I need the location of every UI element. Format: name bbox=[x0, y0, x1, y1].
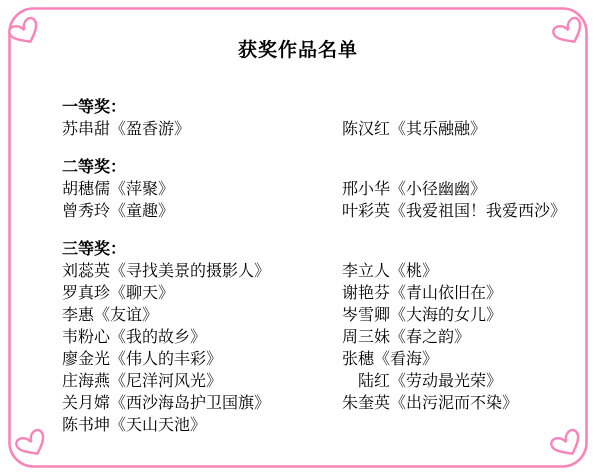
section-label: 三等奖： bbox=[62, 238, 570, 260]
winner-entry: 张穗《看海》 bbox=[342, 348, 570, 370]
winner-entry: 陈汉红《其乐融融》 bbox=[342, 118, 570, 140]
award-row: 陈书坤《天山天池》 bbox=[62, 414, 570, 436]
section-first-prize: 一等奖： 苏串甜《盈香游》 陈汉红《其乐融融》 bbox=[62, 96, 570, 140]
award-row: 韦粉心《我的故乡》 周三妹《春之韵》 bbox=[62, 326, 570, 348]
winner-entry: 朱奎英《出污泥而不染》 bbox=[342, 392, 570, 414]
winner-entry: 谢艳芬《青山依旧在》 bbox=[342, 282, 570, 304]
winner-entry: 胡穗儒《萍聚》 bbox=[62, 178, 342, 200]
winner-entry: 罗真珍《聊天》 bbox=[62, 282, 342, 304]
winner-entry: 岑雪卿《大海的女儿》 bbox=[342, 304, 570, 326]
section-second-prize: 二等奖： 胡穗儒《萍聚》 邢小华《小径幽幽》 曾秀玲《童趣》 叶彩英《我爱祖国！… bbox=[62, 156, 570, 222]
winner-entry bbox=[342, 414, 570, 436]
winner-entry: 李惠《友谊》 bbox=[62, 304, 342, 326]
award-row: 廖金光《伟人的丰彩》 张穗《看海》 bbox=[62, 348, 570, 370]
award-list: 一等奖： 苏串甜《盈香游》 陈汉红《其乐融融》 二等奖： 胡穗儒《萍聚》 邢小华… bbox=[62, 96, 570, 452]
winner-entry: 韦粉心《我的故乡》 bbox=[62, 326, 342, 348]
award-row: 关月嫦《西沙海岛护卫国旗》 朱奎英《出污泥而不染》 bbox=[62, 392, 570, 414]
award-row: 罗真珍《聊天》 谢艳芬《青山依旧在》 bbox=[62, 282, 570, 304]
award-row: 苏串甜《盈香游》 陈汉红《其乐融融》 bbox=[62, 118, 570, 140]
winner-entry: 关月嫦《西沙海岛护卫国旗》 bbox=[62, 392, 342, 414]
winner-entry: 曾秀玲《童趣》 bbox=[62, 200, 342, 222]
heart-icon bbox=[14, 428, 49, 460]
winner-entry: 苏串甜《盈香游》 bbox=[62, 118, 342, 140]
winner-entry: 刘蕊英《寻找美景的摄影人》 bbox=[62, 260, 342, 282]
winner-entry: 陆红《劳动最光荣》 bbox=[342, 370, 570, 392]
award-row: 李惠《友谊》 岑雪卿《大海的女儿》 bbox=[62, 304, 570, 326]
winner-entry: 周三妹《春之韵》 bbox=[342, 326, 570, 348]
winner-entry: 廖金光《伟人的丰彩》 bbox=[62, 348, 342, 370]
winner-entry: 邢小华《小径幽幽》 bbox=[342, 178, 570, 200]
winner-entry: 叶彩英《我爱祖国！我爱西沙》 bbox=[342, 200, 570, 222]
section-label: 一等奖： bbox=[62, 96, 570, 118]
page-title: 获奖作品名单 bbox=[0, 38, 596, 62]
winner-entry: 陈书坤《天山天池》 bbox=[62, 414, 342, 436]
award-row: 胡穗儒《萍聚》 邢小华《小径幽幽》 bbox=[62, 178, 570, 200]
section-label: 二等奖： bbox=[62, 156, 570, 178]
section-third-prize: 三等奖： 刘蕊英《寻找美景的摄影人》 李立人《桃》 罗真珍《聊天》 谢艳芬《青山… bbox=[62, 238, 570, 436]
award-row: 曾秀玲《童趣》 叶彩英《我爱祖国！我爱西沙》 bbox=[62, 200, 570, 222]
winner-entry: 庄海燕《尼洋河风光》 bbox=[62, 370, 342, 392]
award-row: 刘蕊英《寻找美景的摄影人》 李立人《桃》 bbox=[62, 260, 570, 282]
award-row: 庄海燕《尼洋河风光》 陆红《劳动最光荣》 bbox=[62, 370, 570, 392]
award-document: 获奖作品名单 一等奖： 苏串甜《盈香游》 陈汉红《其乐融融》 二等奖： 胡穗儒《… bbox=[0, 0, 596, 476]
winner-entry: 李立人《桃》 bbox=[342, 260, 570, 282]
